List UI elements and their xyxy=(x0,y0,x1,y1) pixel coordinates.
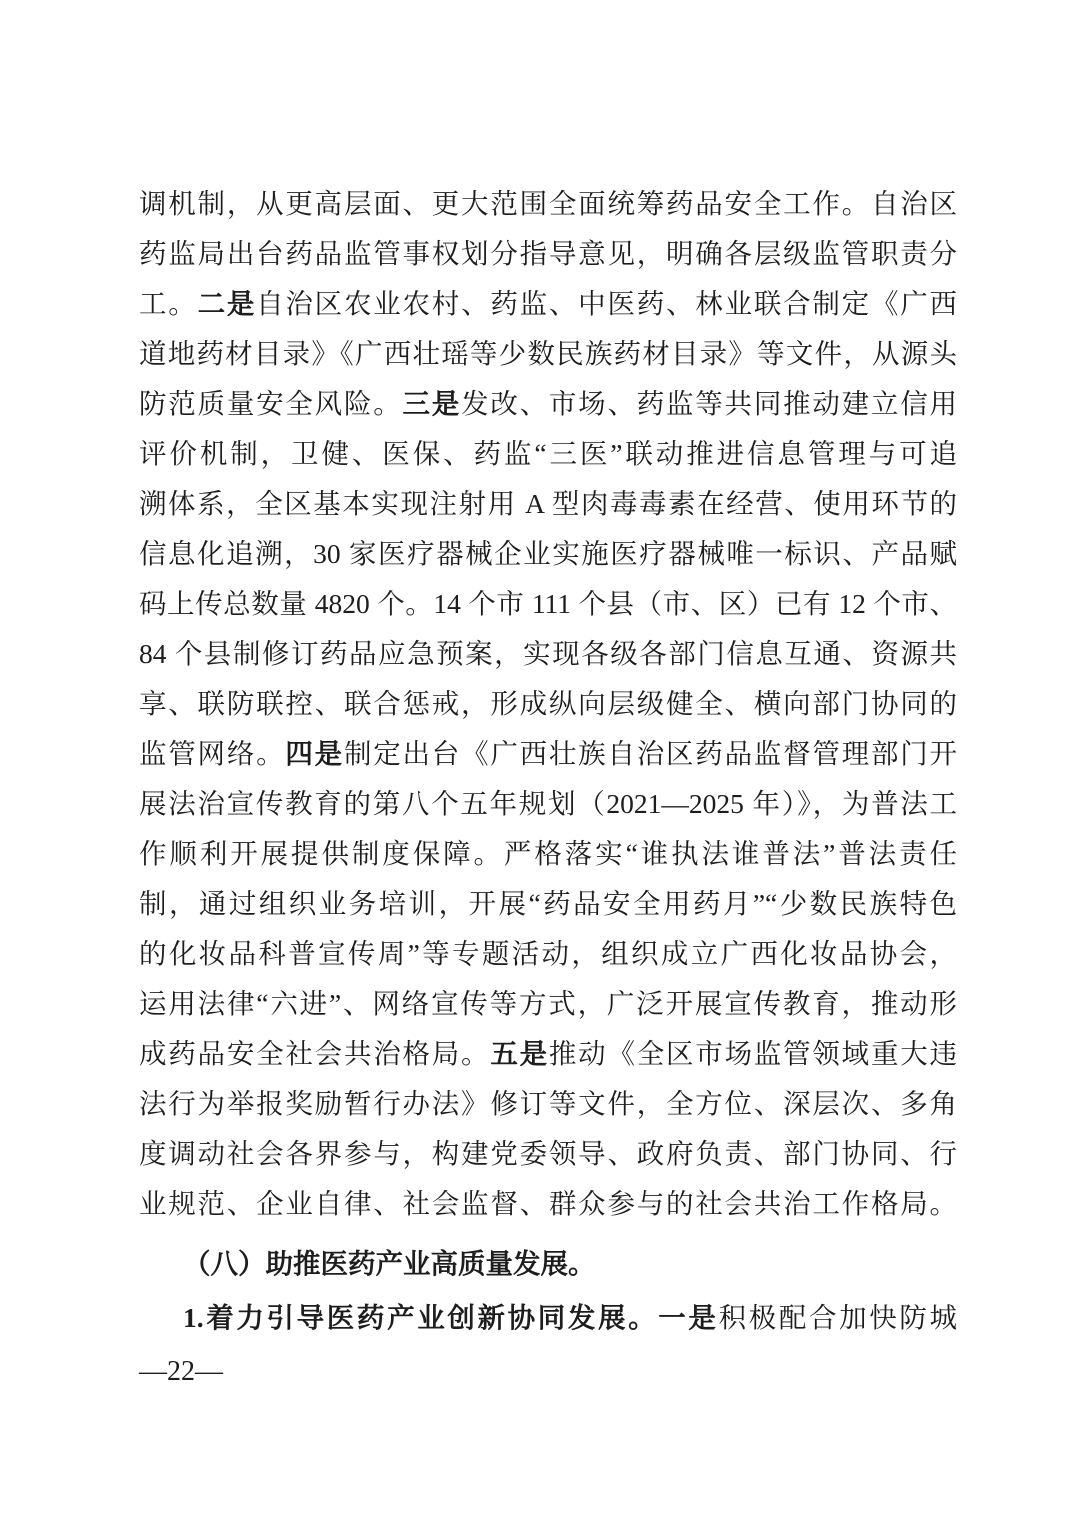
text-segment: 评价机制，卫健、医保、药监“三医”联动推进信息管理与可追 xyxy=(139,438,957,469)
text-segment: 监管网络。 xyxy=(139,738,285,769)
text-segment: 84 个县制修订药品应急预案，实现各级各部门信息互通、资源共 xyxy=(139,638,957,669)
text-segment: 发改、市场、药监等共同推动建立信用 xyxy=(461,388,957,419)
text-segment: 信息化追溯，30 家医疗器械企业实施医疗器械唯一标识、产品赋 xyxy=(139,538,957,569)
text-segment: 作顺利开展提供制度保障。严格落实“谁执法谁普法”普法责任 xyxy=(139,838,957,869)
text-segment: 工。 xyxy=(139,288,198,319)
text-segment: 业规范、企业自律、社会监督、群众参与的社会共治工作格局。 xyxy=(139,1188,957,1219)
text-line: 评价机制，卫健、医保、药监“三医”联动推进信息管理与可追 xyxy=(139,429,957,479)
document-page: 调机制，从更高层面、更大范围全面统筹药品安全工作。自治区药监局出台药品监管事权划… xyxy=(0,0,1074,1520)
text-segment: 防范质量安全风险。 xyxy=(139,388,403,419)
text-segment: 道地药材目录》《广西壮瑶等少数民族药材目录》等文件，从源头 xyxy=(139,338,957,369)
text-line: 防范质量安全风险。三是发改、市场、药监等共同推动建立信用 xyxy=(139,379,957,429)
text-segment: 自治区农业农村、药监、中医药、林业联合制定《广西 xyxy=(256,288,957,319)
text-line: 业规范、企业自律、社会监督、群众参与的社会共治工作格局。 xyxy=(139,1179,957,1229)
text-segment: 推动《全区市场监管领域重大违 xyxy=(549,1038,957,1069)
text-line: 监管网络。四是制定出台《广西壮族自治区药品监督管理部门开 xyxy=(139,729,957,779)
text-segment: 享、联防联控、联合惩戒，形成纵向层级健全、横向部门协同的 xyxy=(139,688,957,719)
bold-text-segment: 1.着力引导医药产业创新协同发展。 xyxy=(183,1302,658,1333)
text-segment: 制定出台《广西壮族自治区药品监督管理部门开 xyxy=(344,738,957,769)
text-line: 溯体系，全区基本实现注射用 A 型肉毒毒素在经营、使用环节的 xyxy=(139,479,957,529)
text-line: 度调动社会各界参与，构建党委领导、政府负责、部门协同、行 xyxy=(139,1129,957,1179)
text-line: 展法治宣传教育的第八个五年规划（2021—2025 年）》，为普法工 xyxy=(139,779,957,829)
document-text-block: 调机制，从更高层面、更大范围全面统筹药品安全工作。自治区药监局出台药品监管事权划… xyxy=(139,179,957,1343)
bold-text-segment: 二是 xyxy=(198,288,257,319)
text-line: 调机制，从更高层面、更大范围全面统筹药品安全工作。自治区 xyxy=(139,179,957,229)
text-segment: 积极配合加快防城 xyxy=(719,1302,957,1333)
text-line: 的化妆品科普宣传周”等专题活动，组织成立广西化妆品协会， xyxy=(139,929,957,979)
text-line: 成药品安全社会共治格局。五是推动《全区市场监管领域重大违 xyxy=(139,1029,957,1079)
bold-text-segment: 五是 xyxy=(490,1038,549,1069)
text-segment: 展法治宣传教育的第八个五年规划（2021—2025 年）》，为普法工 xyxy=(139,788,957,819)
text-line: 工。二是自治区农业农村、药监、中医药、林业联合制定《广西 xyxy=(139,279,957,329)
text-line: 作顺利开展提供制度保障。严格落实“谁执法谁普法”普法责任 xyxy=(139,829,957,879)
bold-text-segment: 一是 xyxy=(658,1302,718,1333)
bold-text-segment: （八）助推医药产业高质量发展。 xyxy=(183,1248,596,1279)
text-segment: 成药品安全社会共治格局。 xyxy=(139,1038,490,1069)
text-segment: 溯体系，全区基本实现注射用 A 型肉毒毒素在经营、使用环节的 xyxy=(139,488,957,519)
text-segment: 制，通过组织业务培训，开展“药品安全用药月”“少数民族特色 xyxy=(139,888,957,919)
text-segment: 药监局出台药品监管事权划分指导意见，明确各层级监管职责分 xyxy=(139,238,957,269)
text-line: 运用法律“六进”、网络宣传等方式，广泛开展宣传教育，推动形 xyxy=(139,979,957,1029)
page-number: —22— xyxy=(139,1352,223,1392)
text-segment: 码上传总数量 4820 个。14 个市 111 个县（市、区）已有 12 个市、 xyxy=(139,588,957,619)
text-line: 享、联防联控、联合惩戒，形成纵向层级健全、横向部门协同的 xyxy=(139,679,957,729)
text-segment: 度调动社会各界参与，构建党委领导、政府负责、部门协同、行 xyxy=(139,1138,957,1169)
text-line: 码上传总数量 4820 个。14 个市 111 个县（市、区）已有 12 个市、 xyxy=(139,579,957,629)
text-line: 药监局出台药品监管事权划分指导意见，明确各层级监管职责分 xyxy=(139,229,957,279)
text-line: 1.着力引导医药产业创新协同发展。一是积极配合加快防城 xyxy=(139,1293,957,1343)
text-segment: 的化妆品科普宣传周”等专题活动，组织成立广西化妆品协会， xyxy=(139,938,957,969)
text-line: 84 个县制修订药品应急预案，实现各级各部门信息互通、资源共 xyxy=(139,629,957,679)
text-line: 道地药材目录》《广西壮瑶等少数民族药材目录》等文件，从源头 xyxy=(139,329,957,379)
bold-text-segment: 四是 xyxy=(285,738,344,769)
text-segment: 法行为举报奖励暂行办法》修订等文件，全方位、深层次、多角 xyxy=(139,1088,957,1119)
text-segment: 调机制，从更高层面、更大范围全面统筹药品安全工作。自治区 xyxy=(139,188,957,219)
text-segment: 运用法律“六进”、网络宣传等方式，广泛开展宣传教育，推动形 xyxy=(139,988,957,1019)
bold-text-segment: 三是 xyxy=(403,388,462,419)
text-line: （八）助推医药产业高质量发展。 xyxy=(139,1239,957,1289)
text-line: 制，通过组织业务培训，开展“药品安全用药月”“少数民族特色 xyxy=(139,879,957,929)
text-line: 法行为举报奖励暂行办法》修订等文件，全方位、深层次、多角 xyxy=(139,1079,957,1129)
text-line: 信息化追溯，30 家医疗器械企业实施医疗器械唯一标识、产品赋 xyxy=(139,529,957,579)
